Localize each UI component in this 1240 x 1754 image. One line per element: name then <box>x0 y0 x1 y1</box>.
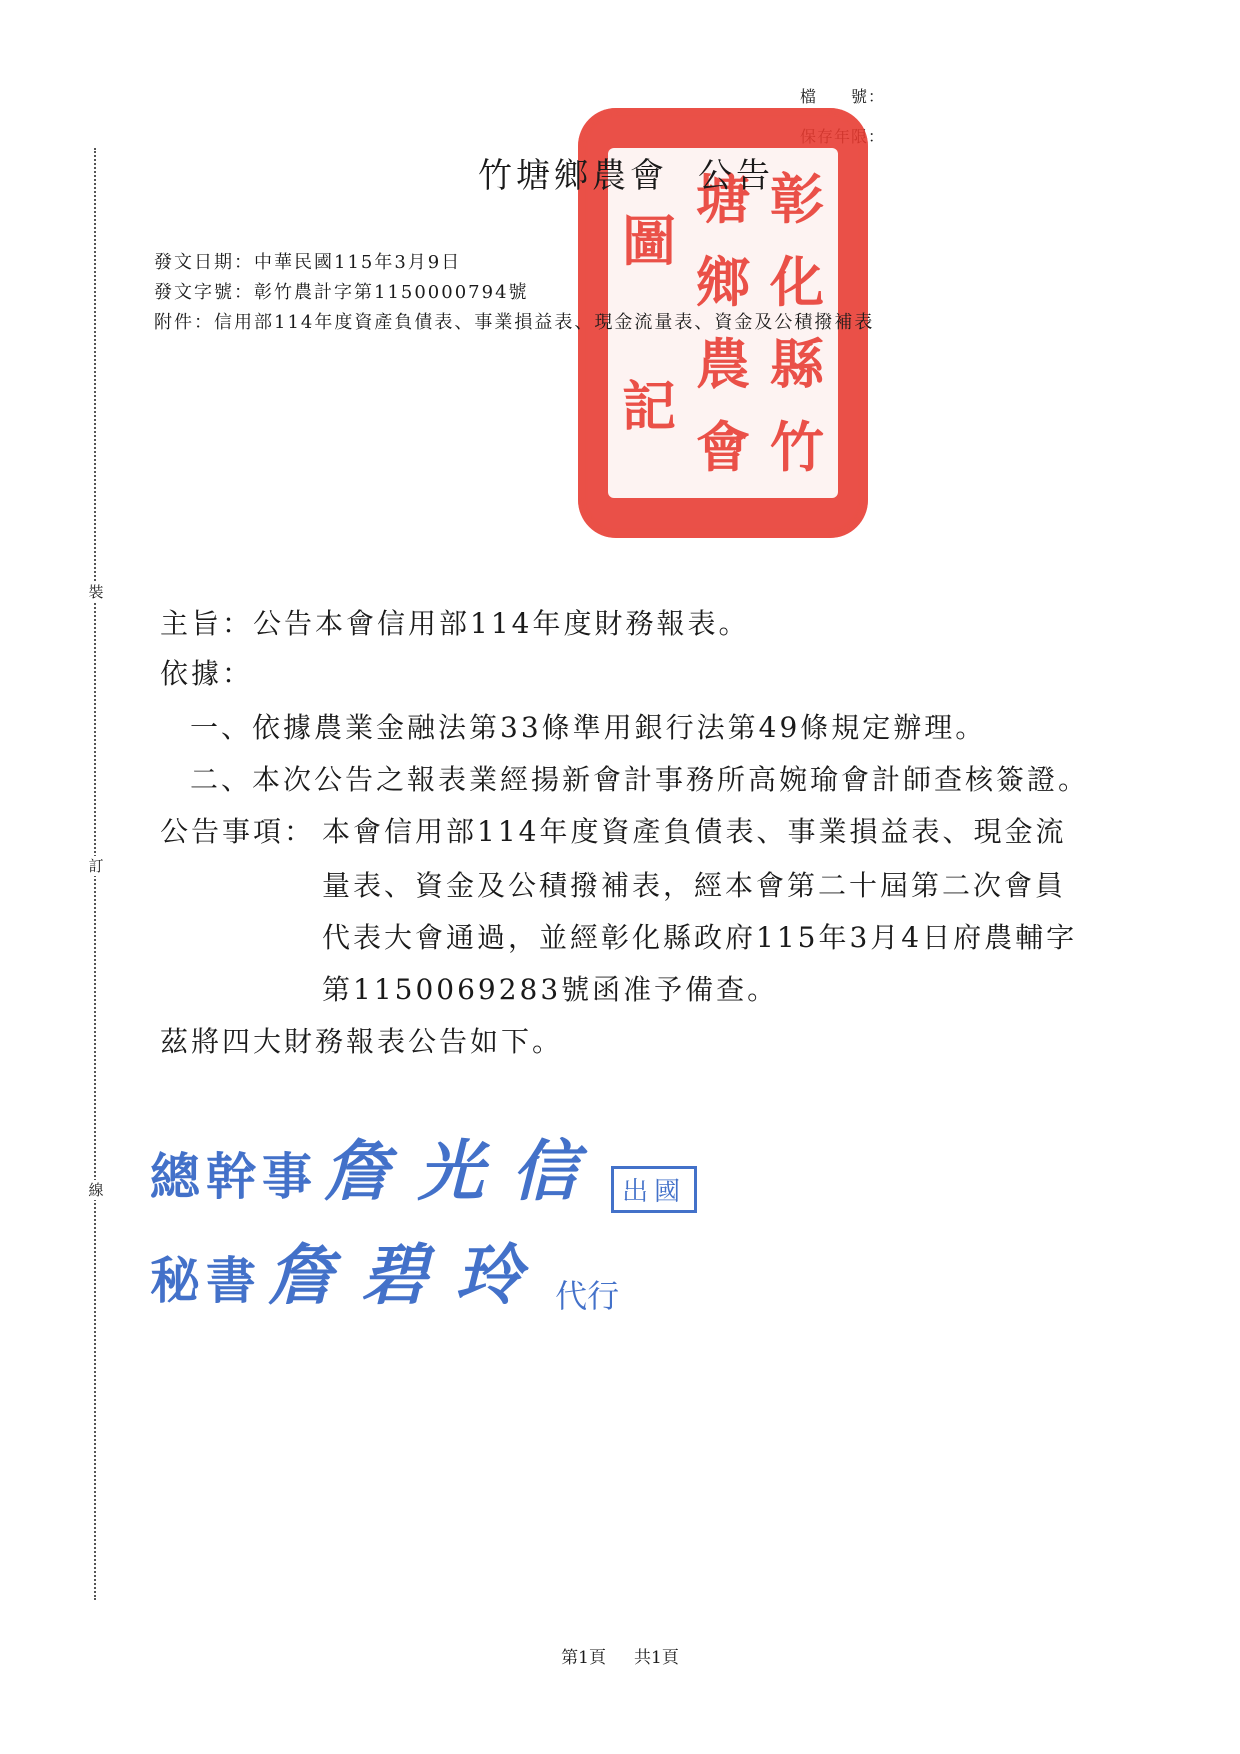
basis-label: 依據： <box>160 652 253 692</box>
secretary-stamp: 秘書 詹碧玲 代行 <box>150 1222 619 1317</box>
general-manager-stamp: 總幹事 詹光信 出國 <box>150 1118 697 1213</box>
subject: 主旨：公告本會信用部114年度財務報表。 <box>160 602 749 642</box>
header-info: 發文日期：中華民國115年3月9日 發文字號：彰竹農計字第1150000794號… <box>154 248 874 338</box>
issue-date: 發文日期：中華民國115年3月9日 <box>154 248 874 278</box>
notice-line: 本會信用部114年度資產負債表、事業損益表、現金流 <box>322 810 1066 850</box>
issue-number: 發文字號：彰竹農計字第1150000794號 <box>154 278 874 308</box>
page-footer: 第1頁共1頁 <box>0 1643 1240 1668</box>
basis-item: 二、本次公告之報表業經揚新會計事務所高婉瑜會計師查核簽證。 <box>190 758 1089 798</box>
notice-line: 代表大會通過，並經彰化縣政府115年3月4日府農輔字 <box>322 916 1077 956</box>
gm-title: 總幹事 <box>150 1148 318 1206</box>
notice-line: 第1150069283號函准予備查。 <box>322 968 778 1008</box>
binding-char-xian: 線 <box>86 1180 106 1200</box>
closing-statement: 茲將四大財務報表公告如下。 <box>160 1020 563 1060</box>
page-number: 第1頁 <box>561 1648 606 1668</box>
notice-label: 公告事項： <box>160 810 315 850</box>
basis-item: 一、依據農業金融法第33條準用銀行法第49條規定辦理。 <box>190 706 986 746</box>
document-type: 公告 <box>698 156 774 196</box>
page-total: 共1頁 <box>634 1648 679 1668</box>
file-number-label: 檔 號： <box>800 84 885 107</box>
attachment: 附件：信用部114年度資產負債表、事業損益表、現金流量表、資金及公積撥補表 <box>154 308 874 338</box>
binding-char-zhuang: 裝 <box>86 582 106 602</box>
notice-line: 量表、資金及公積撥補表，經本會第二十屆第二次會員 <box>322 864 1066 904</box>
acting-note: 代行 <box>555 1277 619 1315</box>
secretary-name: 詹碧玲 <box>268 1237 550 1314</box>
organization-name: 竹塘鄉農會 <box>478 156 668 196</box>
gm-name: 詹光信 <box>324 1133 606 1210</box>
secretary-title: 秘書 <box>150 1252 262 1310</box>
gm-status-box: 出國 <box>611 1166 697 1213</box>
binding-char-ding: 訂 <box>86 856 106 876</box>
document-title: 竹塘鄉農會公告 <box>478 148 774 197</box>
